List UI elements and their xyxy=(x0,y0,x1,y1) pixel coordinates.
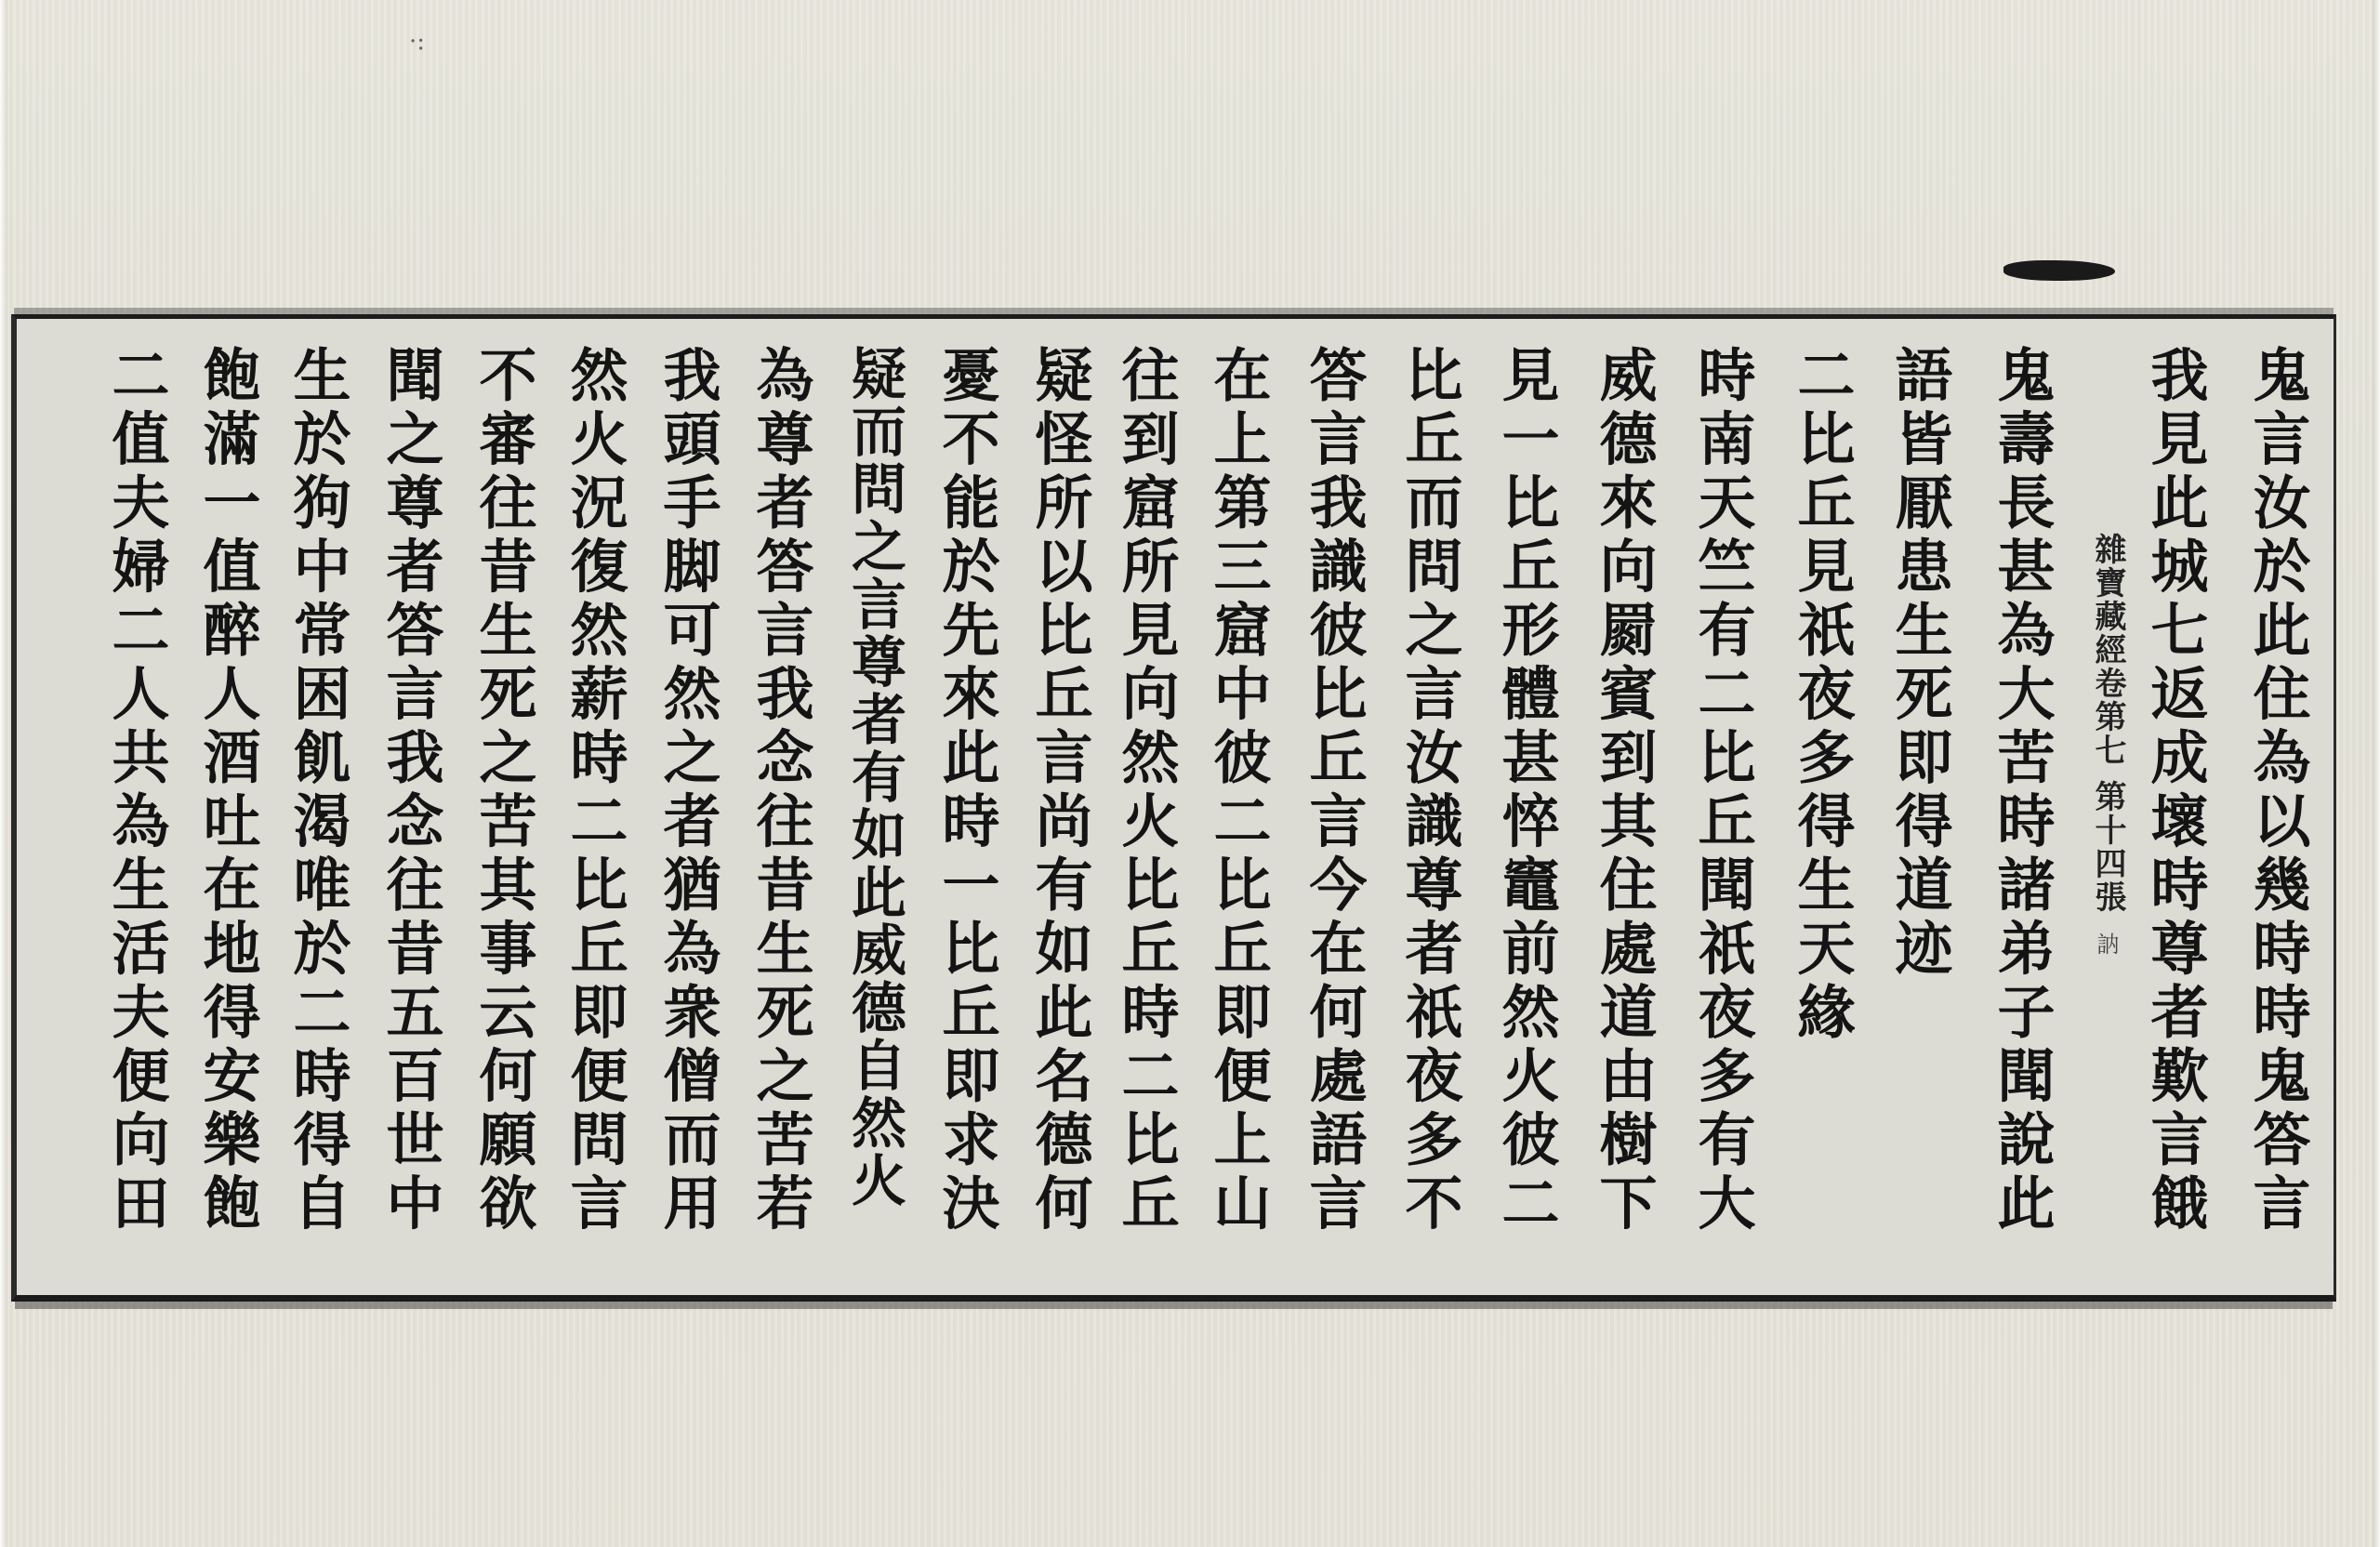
text-column-9: 比丘而問之言汝識尊者祇夜多不 xyxy=(1400,345,1458,1236)
ink-smudge xyxy=(2003,260,2115,281)
text-column-8: 見一比丘形體甚悴竈前然火彼二 xyxy=(1497,345,1554,1236)
page-left-edge xyxy=(0,0,7,1547)
text-column-5: 二比丘見祇夜多得生天緣 xyxy=(1792,345,1850,1046)
text-column-16: 為尊者答言我念往昔生死之苦若 xyxy=(751,345,809,1236)
text-column-3: 鬼壽長甚為大苦時諸弟子聞說此 xyxy=(1992,345,2050,1236)
margin-title: 雜寶藏經卷第七 第十四張 xyxy=(2085,533,2131,914)
text-column-17: 我頭手脚可然之者猶為衆僧而用 xyxy=(658,345,716,1236)
text-column-4: 語皆厭患生死即得道迹 xyxy=(1890,345,1948,982)
text-column-2: 我見此城七返成壞時尊者歎言餓 xyxy=(2146,345,2203,1236)
text-column-23: 二值夫婦二人共為生活夫便向田 xyxy=(107,345,165,1236)
text-column-13: 疑怪所以比丘言尚有如此名德何 xyxy=(1030,345,1088,1236)
printed-block-frame: 鬼言汝於此住為以幾時時鬼答言 我見此城七返成壞時尊者歎言餓 雜寶藏經卷第七 第十… xyxy=(11,314,2336,1302)
text-column-11: 在上第三窟中彼二比丘即便上山 xyxy=(1209,345,1266,1236)
text-column-12: 往到窟所見向然火比丘時二比丘 xyxy=(1117,345,1174,1236)
text-column-14: 憂不能於先來此時一比丘即求決 xyxy=(937,345,995,1236)
text-column-22: 飽滿一值醉人酒吐在地得安樂飽 xyxy=(198,345,256,1236)
text-column-21: 生於狗中常困飢渴唯於二時得自 xyxy=(288,345,346,1236)
text-column-20: 聞之尊者答言我念往昔五百世中 xyxy=(381,345,439,1236)
text-column-19: 不審往昔生死之苦其事云何願欲 xyxy=(474,345,532,1236)
text-column-15: 疑而問之言尊者有如此威德自然火 xyxy=(847,345,902,1210)
text-column-6: 時南天竺有二比丘聞祇夜多有大 xyxy=(1693,345,1751,1236)
text-column-1: 鬼言汝於此住為以幾時時鬼答言 xyxy=(2248,345,2306,1236)
text-column-10: 答言我識彼比丘言今在何處語言 xyxy=(1304,345,1362,1236)
text-columns: 鬼言汝於此住為以幾時時鬼答言 我見此城七返成壞時尊者歎言餓 雜寶藏經卷第七 第十… xyxy=(17,319,2334,1295)
text-column-18: 然火況復然薪時二比丘即便問言 xyxy=(565,345,623,1236)
top-margin-mark: ·: xyxy=(409,28,425,56)
page-right-edge xyxy=(2373,0,2380,1547)
text-column-7: 威德來向罽賓到其住處道由樹下 xyxy=(1594,345,1652,1236)
margin-mark: 訥 xyxy=(2090,932,2122,955)
